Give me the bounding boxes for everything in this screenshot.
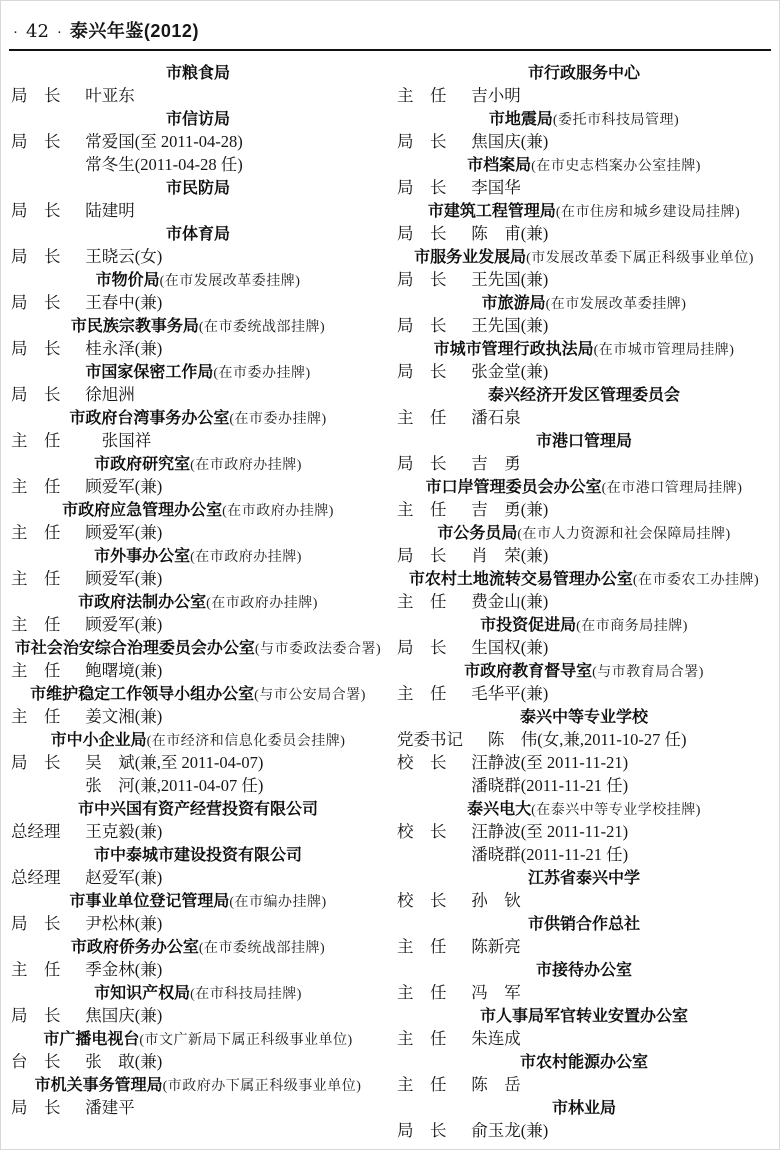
org-note: (市政府办下属正科级事业单位) [163, 1079, 362, 1094]
person-name: 俞玉龙(兼) [471, 1121, 548, 1140]
org-name: 市农村土地流转交易管理办公室 [409, 571, 633, 588]
person-line: 校 长孙 钬 [397, 889, 771, 912]
person-name: 肖 荣(兼) [471, 546, 548, 565]
person-line-continuation: 潘晓群(2011-11-21 任) [397, 843, 771, 866]
org-name: 市投资促进局 [480, 617, 576, 634]
role-label: 局 长 [397, 544, 447, 567]
person-name: 陈新亮 [471, 937, 521, 956]
org-name: 市建筑工程管理局 [428, 203, 556, 220]
role-label: 局 长 [397, 176, 447, 199]
role-label: 主 任 [397, 84, 447, 107]
person-name: 顾爱军(兼) [85, 569, 162, 588]
org-note: (在市政府办挂牌) [222, 504, 334, 519]
person-line: 主 任季金林(兼) [11, 958, 385, 981]
org-note: (与市委政法委合署) [255, 642, 381, 657]
person-name: 潘晓群(2011-11-21 任) [471, 845, 628, 864]
org-name: 市政府法制办公室 [78, 594, 206, 611]
role-label: 主 任 [11, 705, 61, 728]
role-label: 局 长 [11, 130, 61, 153]
org-note: (在市编办挂牌) [229, 895, 326, 910]
org-name: 市政府教育督导室 [464, 663, 592, 680]
org-name: 市林业局 [552, 1100, 616, 1117]
org-heading: 市服务业发展局(市发展改革委下属正科级事业单位) [397, 245, 771, 268]
person-name: 潘建平 [85, 1098, 135, 1117]
role-label: 局 长 [397, 360, 447, 383]
org-heading: 泰兴经济开发区管理委员会 [397, 383, 771, 406]
org-note: (与市公安局合署) [254, 688, 366, 703]
role-label: 主 任 [397, 498, 447, 521]
person-line: 局 长李国华 [397, 176, 771, 199]
yearbook-page: · 42 · 泰兴年鉴(2012) 市粮食局局 长叶亚东市信访局局 长常爱国(至… [0, 0, 780, 1150]
person-line: 局 长叶亚东 [11, 84, 385, 107]
page-number: 42 [26, 21, 49, 42]
person-name: 潘晓群(2011-11-21 任) [471, 776, 628, 795]
org-heading: 市公务员局(在市人力资源和社会保障局挂牌) [397, 521, 771, 544]
org-note: (在市委农工办挂牌) [633, 573, 759, 588]
role-label: 主 任 [397, 935, 447, 958]
person-name: 焦国庆(兼) [471, 132, 548, 151]
org-name: 市中小企业局 [51, 732, 147, 749]
org-note: (在市史志档案办公室挂牌) [531, 159, 701, 174]
org-name: 泰兴经济开发区管理委员会 [488, 387, 680, 404]
person-line: 主 任姜文湘(兼) [11, 705, 385, 728]
org-name: 市服务业发展局 [414, 249, 526, 266]
person-name: 王克毅(兼) [85, 822, 162, 841]
org-heading: 市口岸管理委员会办公室(在市港口管理局挂牌) [397, 475, 771, 498]
person-name: 陈 甫(兼) [471, 224, 548, 243]
person-name: 生国权(兼) [471, 638, 548, 657]
person-line-continuation: 常冬生(2011-04-28 任) [11, 153, 385, 176]
org-name: 市国家保密工作局 [85, 364, 213, 381]
person-line: 主 任陈 岳 [397, 1073, 771, 1096]
org-heading: 市维护稳定工作领导小组办公室(与市公安局合署) [11, 682, 385, 705]
org-heading: 市档案局(在市史志档案办公室挂牌) [397, 153, 771, 176]
person-line: 主 任冯 军 [397, 981, 771, 1004]
person-name: 吉小明 [471, 86, 521, 105]
role-label: 主 任 [11, 567, 61, 590]
org-note: (在市政府办挂牌) [206, 596, 318, 611]
org-heading: 市社会治安综合治理委员会办公室(与市委政法委合署) [11, 636, 385, 659]
person-name: 汪静波(至 2011-11-21) [471, 822, 628, 841]
person-name: 姜文湘(兼) [85, 707, 162, 726]
org-heading: 市事业单位登记管理局(在市编办挂牌) [11, 889, 385, 912]
org-name: 市港口管理局 [536, 433, 632, 450]
org-heading: 市接待办公室 [397, 958, 771, 981]
org-note: (在市科技局挂牌) [190, 987, 302, 1002]
org-note: (在市发展改革委挂牌) [160, 274, 301, 289]
role-label: 主 任 [11, 659, 61, 682]
org-name: 市中泰城市建设投资有限公司 [94, 847, 302, 864]
org-note: (在市政府办挂牌) [190, 458, 302, 473]
role-label: 主 任 [11, 521, 61, 544]
person-line: 局 长王先国(兼) [397, 268, 771, 291]
person-line: 主 任潘石泉 [397, 406, 771, 429]
org-name: 江苏省泰兴中学 [528, 870, 640, 887]
org-heading: 泰兴电大(在泰兴中等专业学校挂牌) [397, 797, 771, 820]
person-name: 张金堂(兼) [471, 362, 548, 381]
org-note: (与市教育局合署) [592, 665, 704, 680]
role-label: 局 长 [11, 245, 61, 268]
person-line: 局 长生国权(兼) [397, 636, 771, 659]
person-name: 王晓云(女) [85, 247, 162, 266]
org-heading: 市中泰城市建设投资有限公司 [11, 843, 385, 866]
person-line: 局 长肖 荣(兼) [397, 544, 771, 567]
org-note: (在市经济和信息化委员会挂牌) [147, 734, 346, 749]
org-name: 市民防局 [166, 180, 230, 197]
person-name: 孙 钬 [471, 891, 521, 910]
role-label: 主 任 [397, 1073, 447, 1096]
org-name: 市知识产权局 [94, 985, 190, 1002]
person-name: 张 敢(兼) [85, 1052, 162, 1071]
org-heading: 市民族宗教事务局(在市委统战部挂牌) [11, 314, 385, 337]
org-name: 泰兴中等专业学校 [520, 709, 648, 726]
role-label: 总经理 [11, 866, 61, 889]
org-name: 市人事局军官转业安置办公室 [480, 1008, 688, 1025]
person-line: 主 任吉 勇(兼) [397, 498, 771, 521]
org-name: 市旅游局 [482, 295, 546, 312]
org-heading: 市建筑工程管理局(在市住房和城乡建设局挂牌) [397, 199, 771, 222]
role-label: 局 长 [397, 130, 447, 153]
role-label: 局 长 [11, 1004, 61, 1027]
org-heading: 市政府法制办公室(在市政府办挂牌) [11, 590, 385, 613]
book-title: 泰兴年鉴(2012) [70, 17, 199, 43]
org-name: 市接待办公室 [536, 962, 632, 979]
person-name: 顾爱军(兼) [85, 615, 162, 634]
person-name: 冯 军 [471, 983, 521, 1002]
org-name: 市维护稳定工作领导小组办公室 [30, 686, 254, 703]
person-line: 局 长吴 斌(兼,至 2011-04-07) [11, 751, 385, 774]
org-heading: 市知识产权局(在市科技局挂牌) [11, 981, 385, 1004]
org-heading: 市体育局 [11, 222, 385, 245]
org-note: (在市人力资源和社会保障局挂牌) [517, 527, 730, 542]
role-label: 局 长 [11, 1096, 61, 1119]
org-name: 市供销合作总社 [528, 916, 640, 933]
person-name: 张 河(兼,2011-04-07 任) [85, 776, 263, 795]
role-label: 局 长 [11, 912, 61, 935]
role-label: 主 任 [11, 429, 61, 452]
role-label: 主 任 [397, 406, 447, 429]
org-name: 市信访局 [166, 111, 230, 128]
header-bullet-left: · [13, 25, 18, 42]
person-line: 主 任鲍曙境(兼) [11, 659, 385, 682]
person-name: 常冬生(2011-04-28 任) [85, 155, 243, 174]
person-line: 主 任顾爱军(兼) [11, 613, 385, 636]
person-name: 吉 勇 [471, 454, 521, 473]
person-name: 费金山(兼) [471, 592, 548, 611]
role-label: 主 任 [397, 682, 447, 705]
person-line: 局 长王晓云(女) [11, 245, 385, 268]
person-line: 局 长潘建平 [11, 1096, 385, 1119]
person-name: 陈 岳 [471, 1075, 521, 1094]
role-label: 局 长 [397, 222, 447, 245]
header-bullet-right: · [57, 25, 62, 42]
role-label: 局 长 [11, 291, 61, 314]
org-name: 市民族宗教事务局 [71, 318, 199, 335]
role-label: 局 长 [11, 337, 61, 360]
person-line: 主 任吉小明 [397, 84, 771, 107]
person-line: 校 长汪静波(至 2011-11-21) [397, 820, 771, 843]
right-column: 市行政服务中心主 任吉小明市地震局(委托市科技局管理)局 长焦国庆(兼)市档案局… [397, 61, 771, 1142]
org-note: (市文广新局下属正科级事业单位) [139, 1033, 352, 1048]
person-line: 局 长吉 勇 [397, 452, 771, 475]
org-note: (委托市科技局管理) [553, 113, 679, 128]
org-note: (在市商务局挂牌) [576, 619, 688, 634]
org-heading: 市政府教育督导室(与市教育局合署) [397, 659, 771, 682]
person-name: 王先国(兼) [471, 270, 548, 289]
org-heading: 市旅游局(在市发展改革委挂牌) [397, 291, 771, 314]
org-note: (在市委统战部挂牌) [199, 320, 325, 335]
org-name: 市城市管理行政执法局 [434, 341, 594, 358]
person-name: 常爱国(至 2011-04-28) [85, 132, 243, 151]
org-heading: 市中兴国有资产经营投资有限公司 [11, 797, 385, 820]
person-name: 朱连成 [471, 1029, 521, 1048]
org-heading: 市物价局(在市发展改革委挂牌) [11, 268, 385, 291]
role-label: 局 长 [11, 751, 61, 774]
person-line: 局 长俞玉龙(兼) [397, 1119, 771, 1142]
person-line-continuation: 张 河(兼,2011-04-07 任) [11, 774, 385, 797]
org-heading: 泰兴中等专业学校 [397, 705, 771, 728]
org-heading: 市粮食局 [11, 61, 385, 84]
role-label: 校 长 [397, 889, 447, 912]
org-heading: 市机关事务管理局(市政府办下属正科级事业单位) [11, 1073, 385, 1096]
person-name: 王先国(兼) [471, 316, 548, 335]
org-heading: 市政府台湾事务办公室(在市委办挂牌) [11, 406, 385, 429]
org-name: 市外事办公室 [94, 548, 190, 565]
org-note: (在市委办挂牌) [213, 366, 310, 381]
org-heading: 市信访局 [11, 107, 385, 130]
org-heading: 市国家保密工作局(在市委办挂牌) [11, 360, 385, 383]
person-name: 叶亚东 [85, 86, 135, 105]
person-name: 季金林(兼) [85, 960, 162, 979]
org-note: (在市政府办挂牌) [190, 550, 302, 565]
role-label: 局 长 [397, 452, 447, 475]
org-heading: 市地震局(委托市科技局管理) [397, 107, 771, 130]
person-line: 主 任毛华平(兼) [397, 682, 771, 705]
person-line: 局 长张金堂(兼) [397, 360, 771, 383]
person-line: 主 任顾爱军(兼) [11, 567, 385, 590]
org-heading: 市港口管理局 [397, 429, 771, 452]
person-line: 总经理王克毅(兼) [11, 820, 385, 843]
person-name: 李国华 [471, 178, 521, 197]
org-heading: 市供销合作总社 [397, 912, 771, 935]
org-heading: 市人事局军官转业安置办公室 [397, 1004, 771, 1027]
org-name: 市机关事务管理局 [35, 1077, 163, 1094]
org-name: 市社会治安综合治理委员会办公室 [15, 640, 255, 657]
role-label: 主 任 [11, 958, 61, 981]
org-note: (在市港口管理局挂牌) [602, 481, 743, 496]
person-name: 鲍曙境(兼) [85, 661, 162, 680]
org-name: 市农村能源办公室 [520, 1054, 648, 1071]
org-name: 市口岸管理委员会办公室 [426, 479, 602, 496]
role-label: 总经理 [11, 820, 61, 843]
person-name: 焦国庆(兼) [85, 1006, 162, 1025]
two-column-body: 市粮食局局 长叶亚东市信访局局 长常爱国(至 2011-04-28)常冬生(20… [1, 51, 779, 1142]
person-line: 党委书记陈 伟(女,兼,2011-10-27 任) [397, 728, 771, 751]
role-label: 校 长 [397, 751, 447, 774]
person-name: 尹松林(兼) [85, 914, 162, 933]
org-name: 市事业单位登记管理局 [69, 893, 229, 910]
org-note: (市发展改革委下属正科级事业单位) [526, 251, 754, 266]
role-label: 局 长 [397, 314, 447, 337]
org-note: (在市发展改革委挂牌) [546, 297, 687, 312]
org-name: 市政府研究室 [94, 456, 190, 473]
org-name: 市公务员局 [437, 525, 517, 542]
org-name: 市政府台湾事务办公室 [69, 410, 229, 427]
org-heading: 市林业局 [397, 1096, 771, 1119]
org-heading: 市行政服务中心 [397, 61, 771, 84]
org-name: 市政府应急管理办公室 [62, 502, 222, 519]
person-name: 赵爱军(兼) [85, 868, 162, 887]
org-note: (在市城市管理局挂牌) [594, 343, 735, 358]
person-name: 张国祥 [85, 431, 151, 450]
role-label: 主 任 [397, 1027, 447, 1050]
person-line: 总经理赵爱军(兼) [11, 866, 385, 889]
org-name: 市广播电视台 [43, 1031, 139, 1048]
person-line: 局 长常爱国(至 2011-04-28) [11, 130, 385, 153]
org-name: 泰兴电大 [467, 801, 531, 818]
org-heading: 市外事办公室(在市政府办挂牌) [11, 544, 385, 567]
org-name: 市物价局 [96, 272, 160, 289]
person-line: 局 长焦国庆(兼) [11, 1004, 385, 1027]
role-label: 局 长 [397, 1119, 447, 1142]
person-line: 局 长徐旭洲 [11, 383, 385, 406]
role-label: 主 任 [397, 590, 447, 613]
org-heading: 市政府研究室(在市政府办挂牌) [11, 452, 385, 475]
person-name: 顾爱军(兼) [85, 523, 162, 542]
person-line: 主 任朱连成 [397, 1027, 771, 1050]
role-label: 主 任 [397, 981, 447, 1004]
person-name: 汪静波(至 2011-11-21) [471, 753, 628, 772]
person-name: 毛华平(兼) [471, 684, 548, 703]
role-label: 局 长 [11, 199, 61, 222]
person-line: 局 长陆建明 [11, 199, 385, 222]
role-label: 局 长 [397, 636, 447, 659]
person-line: 局 长尹松林(兼) [11, 912, 385, 935]
org-heading: 市民防局 [11, 176, 385, 199]
person-line: 校 长汪静波(至 2011-11-21) [397, 751, 771, 774]
org-heading: 市农村能源办公室 [397, 1050, 771, 1073]
org-name: 市体育局 [166, 226, 230, 243]
page-header: · 42 · 泰兴年鉴(2012) [1, 1, 779, 47]
person-line: 局 长桂永泽(兼) [11, 337, 385, 360]
person-line: 台 长张 敢(兼) [11, 1050, 385, 1073]
person-line: 局 长王先国(兼) [397, 314, 771, 337]
org-name: 市粮食局 [166, 65, 230, 82]
org-heading: 江苏省泰兴中学 [397, 866, 771, 889]
org-heading: 市广播电视台(市文广新局下属正科级事业单位) [11, 1027, 385, 1050]
person-line: 主 任陈新亮 [397, 935, 771, 958]
role-label: 台 长 [11, 1050, 61, 1073]
person-name: 潘石泉 [471, 408, 521, 427]
person-name: 顾爱军(兼) [85, 477, 162, 496]
org-note: (在市委办挂牌) [229, 412, 326, 427]
person-name: 吴 斌(兼,至 2011-04-07) [85, 753, 263, 772]
person-name: 桂永泽(兼) [85, 339, 162, 358]
person-name: 徐旭洲 [85, 385, 135, 404]
role-label: 党委书记 [397, 728, 463, 751]
org-note: (在泰兴中等专业学校挂牌) [531, 803, 701, 818]
org-name: 市地震局 [489, 111, 553, 128]
org-heading: 市政府应急管理办公室(在市政府办挂牌) [11, 498, 385, 521]
person-line: 主 任费金山(兼) [397, 590, 771, 613]
role-label: 局 长 [397, 268, 447, 291]
role-label: 校 长 [397, 820, 447, 843]
person-name: 陆建明 [85, 201, 135, 220]
person-line: 局 长王春中(兼) [11, 291, 385, 314]
org-heading: 市政府侨务办公室(在市委统战部挂牌) [11, 935, 385, 958]
org-heading: 市城市管理行政执法局(在市城市管理局挂牌) [397, 337, 771, 360]
person-line: 主 任 张国祥 [11, 429, 385, 452]
org-heading: 市中小企业局(在市经济和信息化委员会挂牌) [11, 728, 385, 751]
person-name: 吉 勇(兼) [471, 500, 548, 519]
person-line: 主 任顾爱军(兼) [11, 475, 385, 498]
org-name: 市政府侨务办公室 [71, 939, 199, 956]
person-name: 陈 伟(女,兼,2011-10-27 任) [488, 730, 687, 749]
role-label: 主 任 [11, 475, 61, 498]
person-line: 局 长陈 甫(兼) [397, 222, 771, 245]
org-note: (在市委统战部挂牌) [199, 941, 325, 956]
person-name: 王春中(兼) [85, 293, 162, 312]
person-line: 主 任顾爱军(兼) [11, 521, 385, 544]
org-heading: 市农村土地流转交易管理办公室(在市委农工办挂牌) [397, 567, 771, 590]
role-label: 局 长 [11, 383, 61, 406]
role-label: 局 长 [11, 84, 61, 107]
role-label: 主 任 [11, 613, 61, 636]
person-line: 局 长焦国庆(兼) [397, 130, 771, 153]
org-heading: 市投资促进局(在市商务局挂牌) [397, 613, 771, 636]
left-column: 市粮食局局 长叶亚东市信访局局 长常爱国(至 2011-04-28)常冬生(20… [11, 61, 385, 1142]
person-line-continuation: 潘晓群(2011-11-21 任) [397, 774, 771, 797]
org-name: 市中兴国有资产经营投资有限公司 [78, 801, 318, 818]
org-name: 市档案局 [467, 157, 531, 174]
org-name: 市行政服务中心 [528, 65, 640, 82]
org-note: (在市住房和城乡建设局挂牌) [556, 205, 740, 220]
